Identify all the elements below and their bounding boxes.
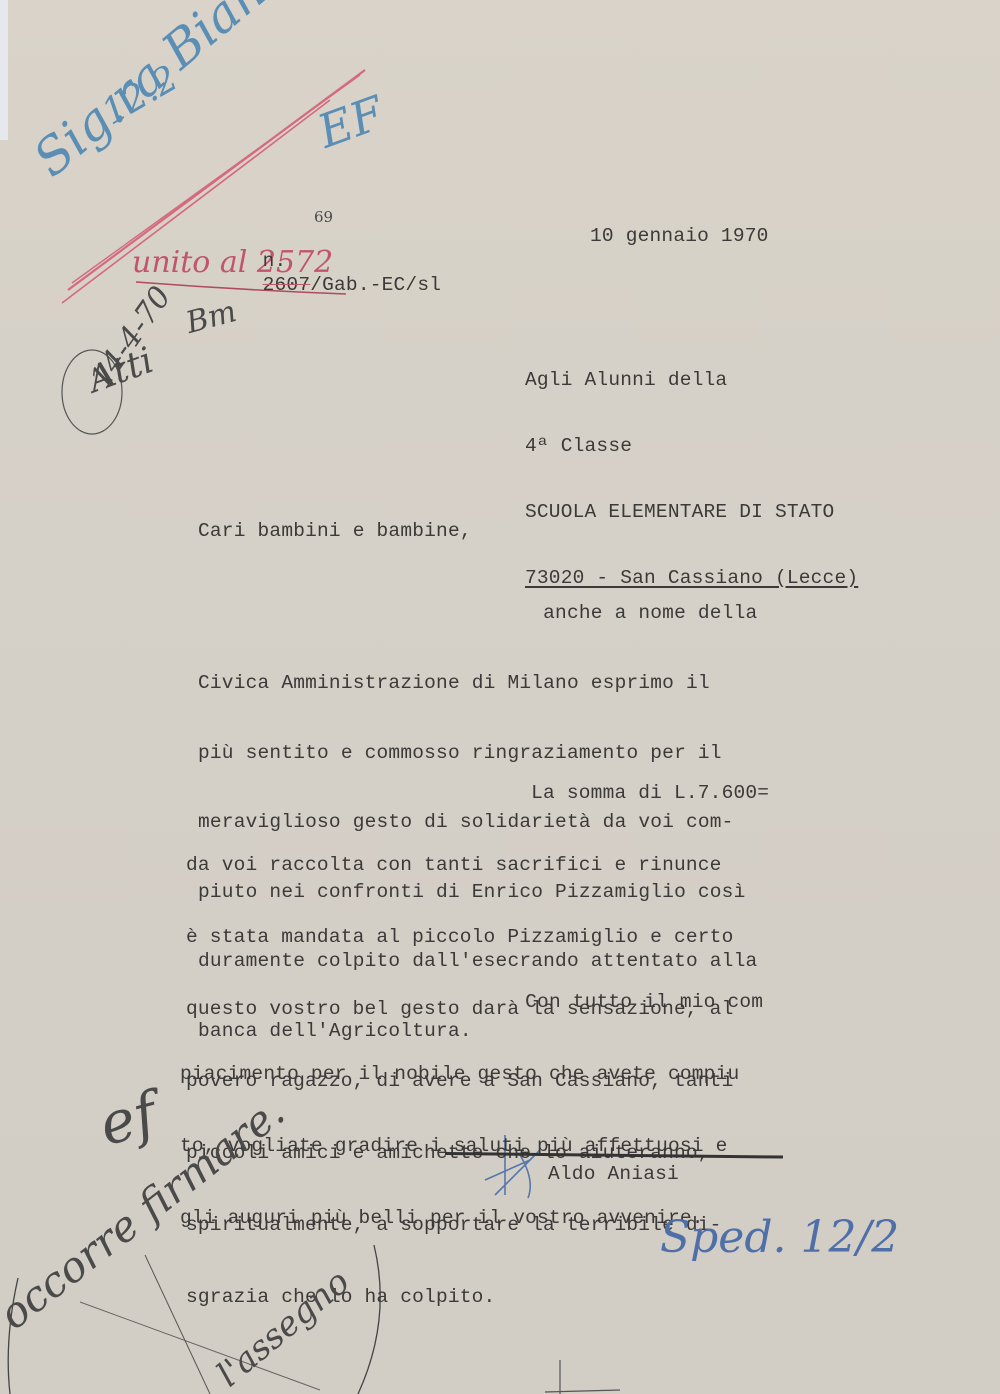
protocol-year-superscript: 69	[314, 208, 333, 226]
letter-page: 12.2 Sig.ra Bianchi EF unito al 2572 Att…	[0, 0, 1000, 1394]
recipient-line-1: Agli Alunni della	[525, 369, 858, 391]
salutation: Cari bambini e bambine,	[198, 519, 472, 544]
paragraph-line: La somma di L.7.600=	[186, 781, 769, 805]
paragraph-line: da voi raccolta con tanti sacrifici e ri…	[186, 853, 769, 877]
paragraph-line: piacimento per il nobile gesto che avete…	[180, 1062, 763, 1086]
bottom-right-shipping-note: Sped. 12/2	[660, 1212, 899, 1263]
protocol-number: n. 2607/Gab.-EC/sl	[215, 224, 441, 322]
recipient-line-3: SCUOLA ELEMENTARE DI STATO	[525, 501, 858, 523]
protocol-struck-number: 2607	[263, 274, 311, 296]
letter-date: 10 gennaio 1970	[590, 224, 769, 249]
signatory-name: Aldo Aniasi	[548, 1162, 679, 1187]
recipient-line-2: 4ª Classe	[525, 435, 858, 457]
protocol-suffix: /Gab.-EC/sl	[310, 274, 441, 296]
paragraph-line: sgrazia che lo ha colpito.	[186, 1285, 769, 1309]
paragraph-line: Con tutto il mio com	[180, 990, 763, 1014]
paragraph-line: anche a nome della	[198, 602, 757, 625]
bottom-left-initials: ef	[92, 1079, 163, 1159]
page-edge	[0, 0, 8, 140]
protocol-prefix: n.	[263, 250, 287, 272]
paragraph-line: Civica Amministrazione di Milano esprimo…	[198, 672, 757, 695]
blue-pencil-initials: EF	[311, 85, 391, 158]
